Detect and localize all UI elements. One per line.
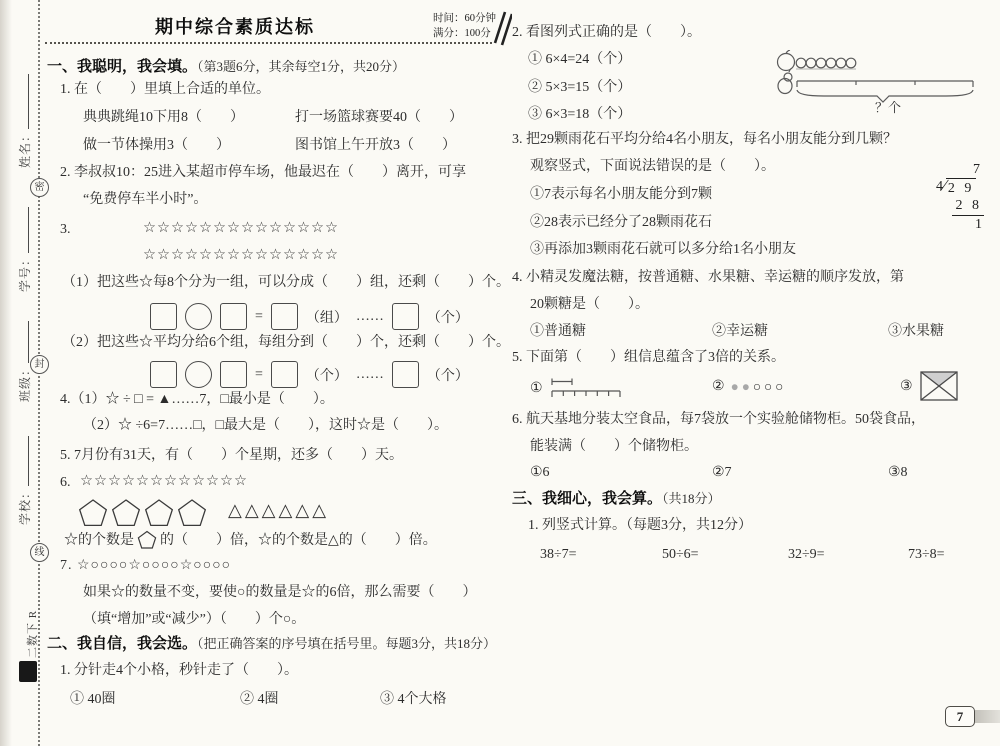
time-label: 时间：60分钟 (433, 12, 496, 26)
s2-q4-option-2: ②幸运糖 (712, 322, 768, 341)
blank-box (392, 303, 419, 330)
division-divisor: 4 (936, 178, 943, 195)
s2-q5-option-1: ① (530, 375, 623, 401)
section-2-note: （把正确答案的序号填在括号里。每题3分，共18分） (197, 636, 496, 651)
q4-line2: （2）☆ ÷6=7……□，□最大是（ ），这时☆是（ ）。 (83, 416, 448, 435)
q7-line3: （填“增加”或“减少”）（ ）个○。 (83, 610, 305, 629)
double-slash-mark (492, 9, 512, 47)
seal-char-feng: 封 (30, 355, 49, 374)
section-2-title: 二、我自信，我会选。 (47, 635, 197, 652)
section-3-heading: 三、我细心，我会算。（共18分） (512, 489, 721, 509)
q6-star-row: ☆☆☆☆☆☆☆☆☆☆☆☆ (80, 472, 248, 491)
segment-diagram-icon (549, 375, 623, 401)
equals-sign: = (255, 367, 263, 383)
section-1-note: （第3题6分，其余每空1分，共20分） (197, 59, 405, 74)
q3-star-row-2: ☆☆☆☆☆☆☆☆☆☆☆☆☆☆ (143, 246, 339, 265)
s2-q4-option-3: ③水果糖 (888, 322, 944, 341)
measure-line (797, 81, 973, 87)
q1-line1: 1. 在（ ）里填上合适的单位。 (60, 80, 270, 99)
s2-q5-option-2: ② ●●○○○ (712, 378, 786, 395)
remainder-dots: …… (356, 367, 384, 383)
page-edge-shadow (0, 0, 12, 746)
s2-q5-option-3: ③ (900, 370, 959, 402)
s2-q6-option-2: ②7 (712, 463, 732, 482)
margin-id-blank (18, 207, 29, 253)
s2-q2-option-1: ① 6×4=24（个） (528, 50, 631, 69)
seal-char-mi: 密 (30, 178, 49, 197)
section-2-heading: 二、我自信，我会选。（把正确答案的序号填在括号里。每题3分，共18分） (47, 634, 496, 654)
q3-sub1: （1）把这些☆每8个分为一组，可以分成（ ）组，还剩（ ）个。 (62, 273, 510, 292)
s2-q6-option-1: ①6 (530, 463, 550, 482)
s2-q2-option-3: ③ 6×3=18（个） (528, 105, 631, 124)
long-division-figure: 7 4 ∕ 2 9 2 8 1 (936, 161, 988, 233)
s2-q1-option-1: ① 40圈 (70, 690, 116, 709)
operator-circle (185, 303, 212, 330)
s2-q6-line1: 6. 航天基地分装太空食品，每7袋放一个实验舱储物柜。50袋食品， (512, 410, 925, 429)
q6-text-1: ☆的个数是 (64, 531, 134, 550)
unit-label: （组） (306, 307, 348, 327)
seal-char-xian: 线 (30, 543, 49, 562)
q3-number: 3. (60, 220, 71, 239)
s3-problem-3: 32÷9= (788, 545, 825, 564)
margin-name-label: 姓名： (18, 129, 32, 168)
s2-q6-option-3: ③8 (888, 463, 908, 482)
pear-icon (778, 68, 792, 94)
division-remainder: 1 (936, 216, 988, 233)
margin-name-field: 姓名： (16, 74, 33, 168)
section-1-title: 一、我聪明，我会填。 (47, 58, 197, 75)
blank-box (271, 361, 298, 388)
q2-figure: ？个 (772, 50, 984, 114)
blank-box (220, 361, 247, 388)
s2-q3-option-2: ②28表示已经分了28颗雨花石 (530, 213, 712, 232)
shaded-square-icon (919, 370, 959, 402)
q1-item-b: 打一场篮球赛要40（ ） (295, 108, 463, 127)
section-3-title: 三、我细心，我会算。 (512, 490, 662, 507)
margin-class-blank (18, 321, 29, 363)
empty-circles: ○○○ (753, 379, 786, 394)
page-title: 期中综合素质达标 (45, 18, 425, 37)
blank-box (150, 361, 177, 388)
equals-sign: = (255, 309, 263, 325)
margin-id-label: 学号： (18, 253, 32, 292)
q3-equation-2: = （个） …… （个） (150, 361, 469, 388)
triangle-row: △△△△△△ (228, 501, 329, 520)
edition-label: 二数下 R (24, 610, 40, 658)
q1-item-a: 典典跳绳10下用8（ ） (83, 108, 244, 127)
s2-q3-line2: 观察竖式，下面说法错误的是（ ）。 (530, 157, 775, 176)
s3-problem-2: 50÷6= (662, 545, 699, 564)
score-label: 满分：100分 (433, 27, 491, 41)
q3-equation-1: = （组） …… （个） (150, 303, 469, 330)
q6-text-2: 的（ ）倍，☆的个数是△的（ ）倍。 (160, 531, 437, 550)
q2-line2: “免费停车半小时”。 (83, 190, 207, 209)
q5-line1: 5. 7月份有31天，有（ ）个星期，还多（ ）天。 (60, 446, 403, 465)
margin-school-blank (18, 436, 29, 486)
blank-box (150, 303, 177, 330)
publisher-logo (19, 661, 37, 682)
option-number: ③ (900, 378, 913, 395)
pentagon-icon (136, 529, 158, 551)
margin-class-label: 班级： (18, 363, 32, 402)
unit-label: （个） (427, 307, 469, 327)
unit-label: （个） (427, 365, 469, 385)
s2-q2-option-2: ② 5×3=15（个） (528, 78, 631, 97)
blank-box (392, 361, 419, 388)
s2-q5-line1: 5. 下面第（ ）组信息蕴含了3倍的关系。 (512, 348, 785, 367)
small-apples-row (796, 58, 856, 68)
remainder-dots: …… (356, 309, 384, 325)
section-1-heading: 一、我聪明，我会填。（第3题6分，其余每空1分，共20分） (47, 57, 405, 77)
q1-item-c: 做一节体操用3（ ） (83, 136, 230, 155)
s3-q1-line1: 1. 列竖式计算。（每题3分，共12分） (528, 516, 752, 535)
q4-line1: 4.（1）☆ ÷ □ = ▲……7，□最小是（ ）。 (60, 390, 334, 409)
blank-box (271, 303, 298, 330)
operator-circle (185, 361, 212, 388)
s3-problem-1: 38÷7= (540, 545, 577, 564)
title-underline (45, 42, 492, 44)
s2-q3-line1: 3. 把29颗雨花石平均分给4名小朋友，每名小朋友能分到几颗？ (512, 130, 897, 149)
s2-q3-option-3: ③再添加3颗雨花石就可以多分给1名小朋友 (530, 240, 796, 259)
division-product: 2 8 (952, 197, 984, 216)
s2-q2-line1: 2. 看图列式正确的是（ ）。 (512, 23, 701, 42)
s2-q1-option-3: ③ 4个大格 (380, 690, 447, 709)
margin-school-field: 学校： (16, 436, 33, 525)
q3-sub2: （2）把这些☆平均分给6个组，每组分到（ ）个，还剩（ ）个。 (62, 333, 510, 352)
q3-star-row-1: ☆☆☆☆☆☆☆☆☆☆☆☆☆☆ (143, 219, 339, 238)
s2-q1-option-2: ② 4圈 (240, 690, 279, 709)
exam-paper-page: 姓名： 学号： 班级： 学校： 二数下 R 密 封 线 期中综合素质达标 时间：… (0, 0, 1000, 746)
question-label: ？个 (875, 100, 901, 114)
q6-sentence: ☆的个数是 的（ ）倍，☆的个数是△的（ ）倍。 (64, 529, 437, 551)
section-3-note: （共18分） (662, 491, 721, 506)
s2-q4-line2: 20颗糖是（ ）。 (530, 295, 649, 314)
s2-q3-option-1: ①7表示每名小朋友能分到7颗 (530, 185, 712, 204)
s2-q1-line1: 1. 分针走4个小格，秒针走了（ ）。 (60, 661, 298, 680)
option-number: ① (530, 380, 543, 397)
unit-label: （个） (306, 365, 348, 385)
pentagon-row (78, 497, 210, 530)
margin-id-field: 学号： (16, 207, 33, 292)
s2-q4-line1: 4. 小精灵发魔法糖，按普通糖、水果糖、幸运糖的顺序发放，第 (512, 268, 904, 287)
q2-line1: 2. 李叔叔10：25进入某超市停车场，他最迟在（ ）离开，可享 (60, 163, 466, 182)
q1-item-d: 图书馆上午开放3（ ） (295, 136, 456, 155)
pentagon-icon (80, 500, 206, 525)
division-dividend: 2 9 (946, 178, 977, 197)
blank-box (220, 303, 247, 330)
option-number: ② (712, 378, 725, 395)
margin-school-label: 学校： (18, 486, 32, 525)
filled-circles: ●● (731, 379, 753, 394)
margin-name-blank (18, 74, 29, 129)
q7-shape-row: 7. ☆○○○○☆○○○○☆○○○○ (60, 556, 231, 575)
q7-line2: 如果☆的数量不变，要使○的数量是☆的6倍，那么需要（ ） (83, 583, 476, 602)
q6-number: 6. (60, 473, 71, 492)
s2-q6-line2: 能装满（ ）个储物柜。 (530, 437, 698, 456)
s3-problem-4: 73÷8= (908, 545, 945, 564)
page-number-badge: 7 (945, 706, 975, 727)
s2-q4-option-1: ①普通糖 (530, 322, 586, 341)
